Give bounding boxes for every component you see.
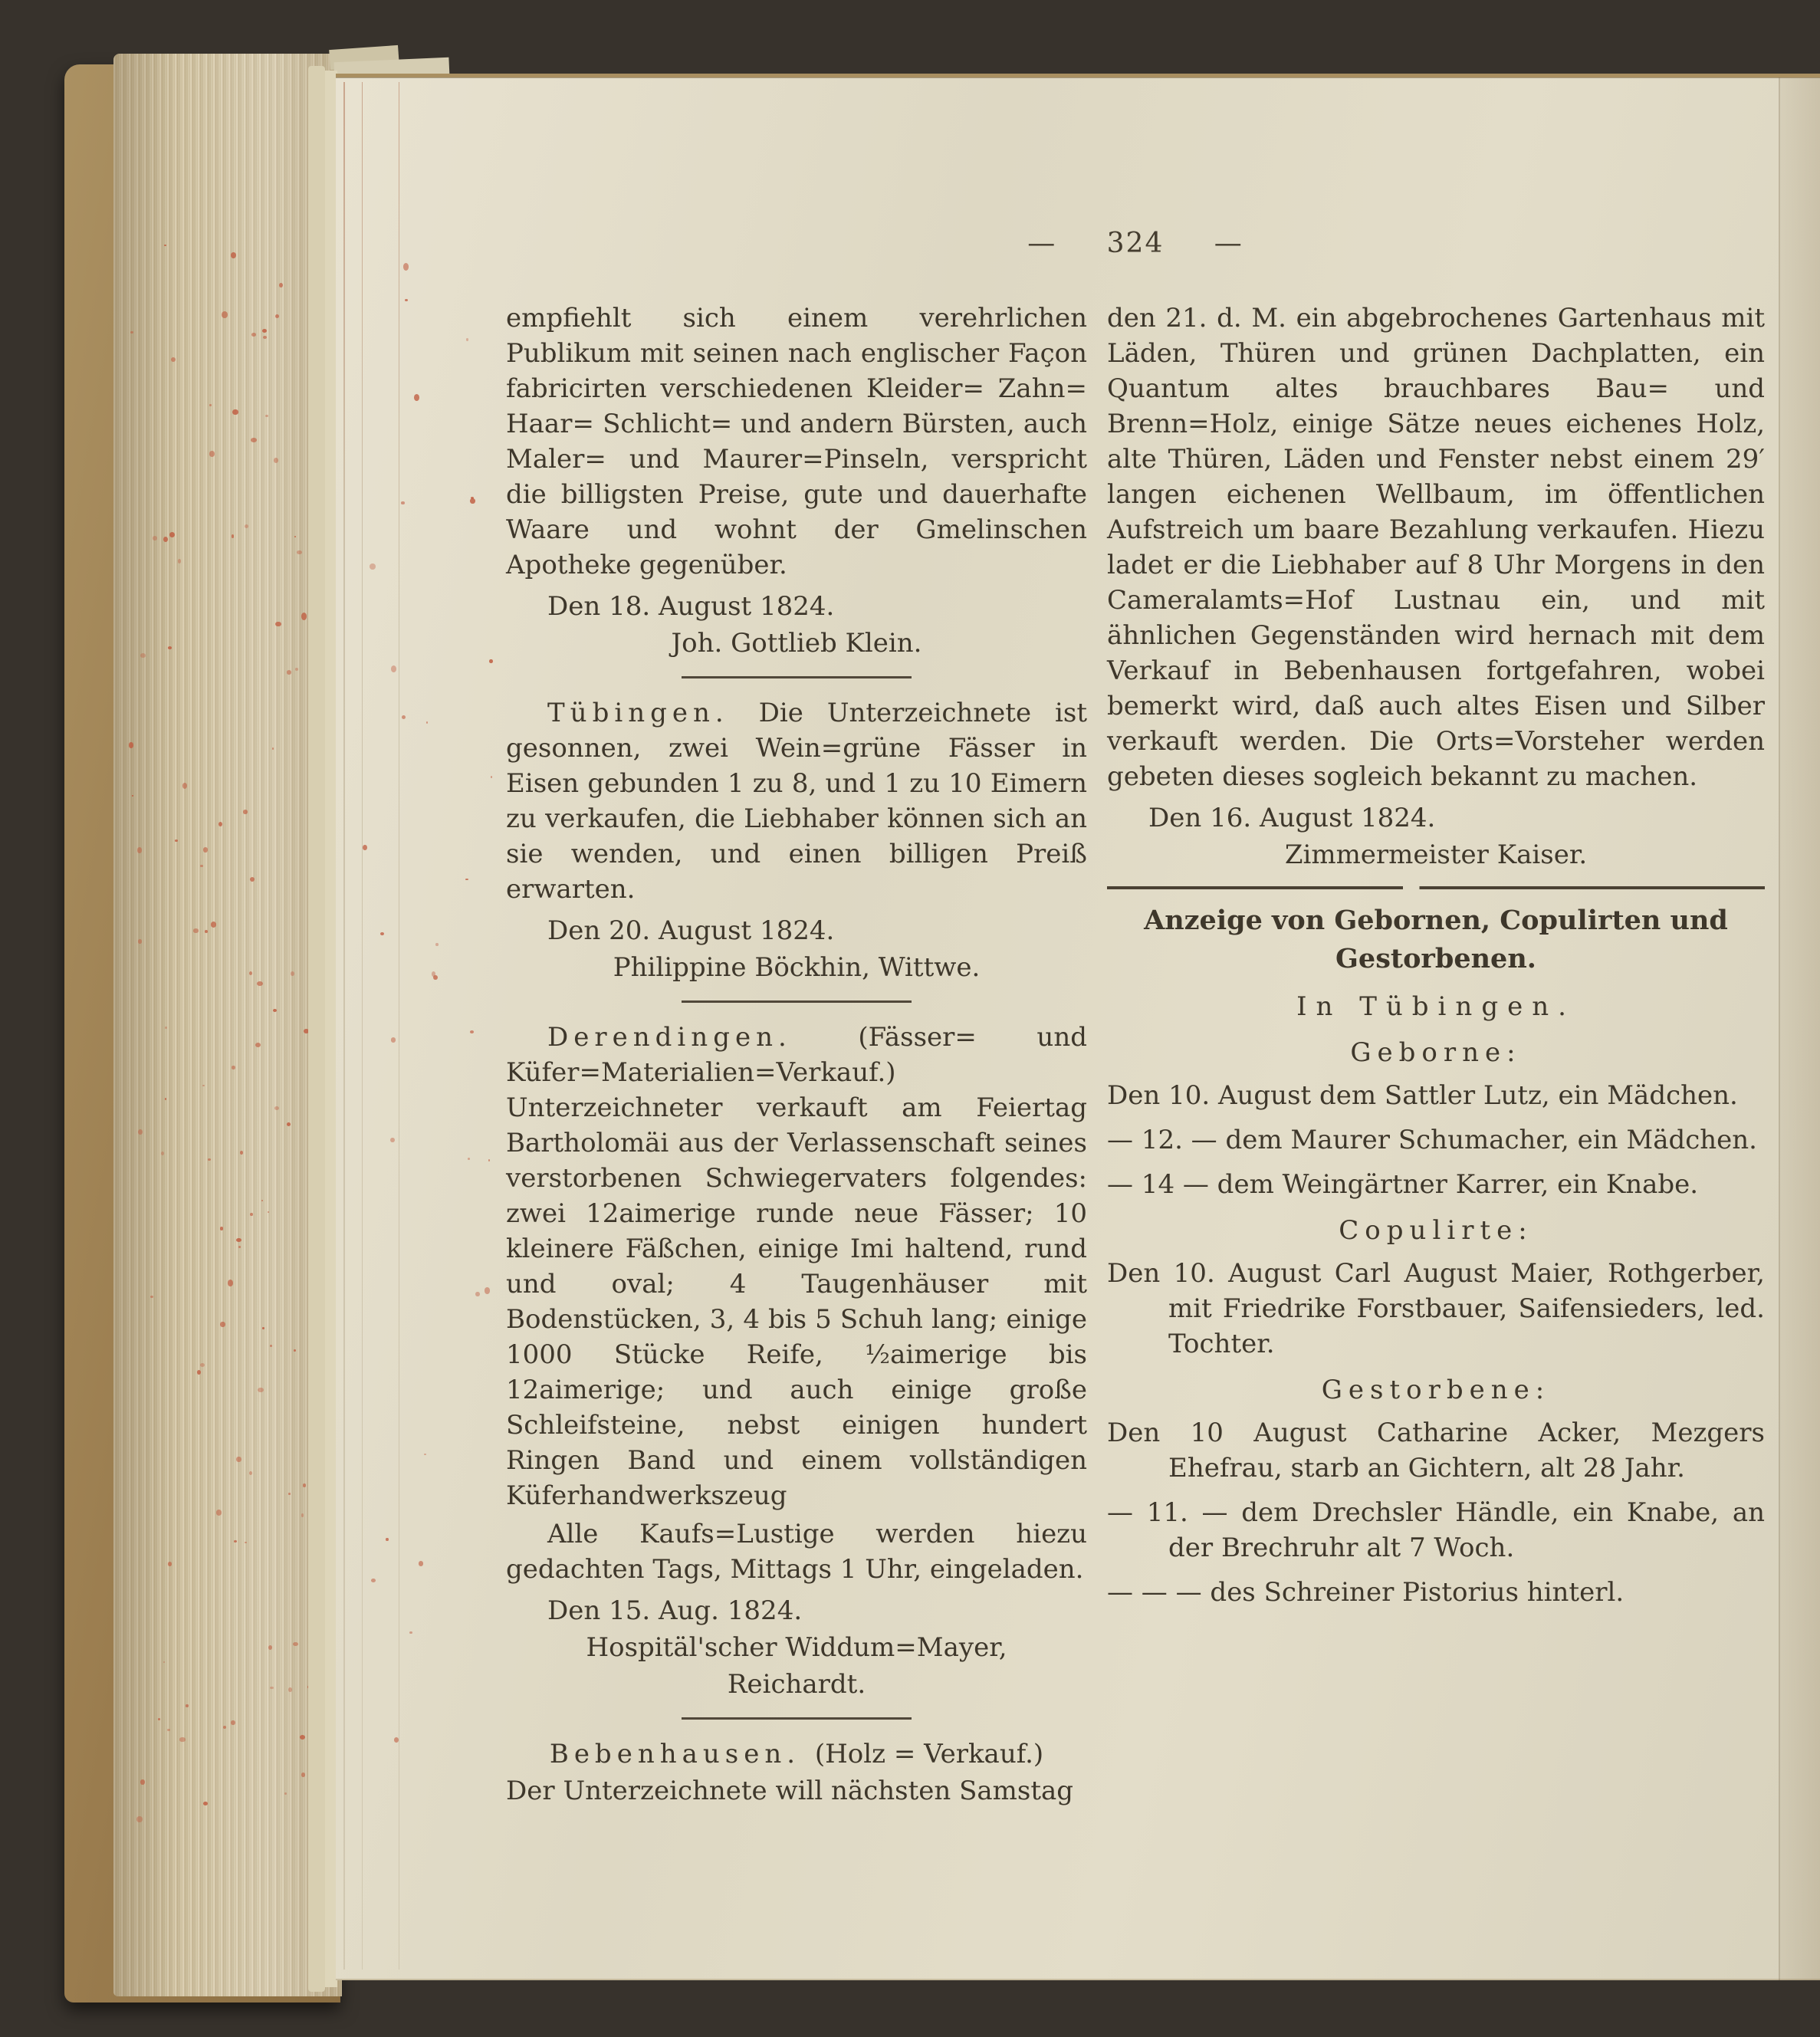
register-entry: Den 10. August Carl August Maier, Rothge… xyxy=(1107,1256,1765,1362)
page-edge-line xyxy=(343,82,345,1970)
red-speckle xyxy=(390,1138,394,1142)
red-speckle xyxy=(295,668,299,671)
red-speckle xyxy=(363,845,367,850)
red-speckle xyxy=(250,1213,252,1216)
red-speckle xyxy=(297,550,302,554)
red-speckle xyxy=(303,1483,307,1487)
red-speckle xyxy=(468,1158,470,1160)
red-speckle xyxy=(288,1687,291,1692)
centered-line: Zimmermeister Kaiser. xyxy=(1107,837,1765,872)
red-speckle xyxy=(200,1363,205,1367)
red-speckle xyxy=(208,1158,211,1161)
red-speckle xyxy=(245,524,248,528)
red-speckle xyxy=(211,922,216,928)
red-speckle xyxy=(167,1729,170,1731)
place-name-lead: Derendingen. xyxy=(547,1022,792,1053)
red-speckle xyxy=(465,879,468,881)
red-speckle xyxy=(475,1292,480,1296)
red-speckle xyxy=(433,975,438,980)
centered-line: Philippine Böckhin, Wittwe. xyxy=(506,950,1087,985)
page-number: — 324 — xyxy=(506,228,1765,259)
red-speckle xyxy=(287,670,292,675)
red-speckle xyxy=(169,532,175,537)
red-speckle xyxy=(405,299,408,301)
subsection-heading: Gestorbene: xyxy=(1107,1372,1765,1408)
red-speckle xyxy=(238,1246,241,1247)
date-line: Den 16. August 1824. xyxy=(1107,800,1765,836)
red-speckle xyxy=(178,559,182,563)
red-speckle xyxy=(409,1631,412,1635)
red-speckle xyxy=(301,1513,304,1516)
two-column-layout: empfiehlt sich einem verehrlichen Publik… xyxy=(506,301,1765,1812)
red-speckle xyxy=(209,404,211,406)
red-speckle xyxy=(140,1779,145,1784)
register-entry: — 14 — dem Weingärtner Karrer, ein Knabe… xyxy=(1107,1167,1765,1202)
red-speckle xyxy=(380,932,384,935)
centered-line: Joh. Gottlieb Klein. xyxy=(506,626,1087,661)
red-speckle xyxy=(471,497,474,499)
red-speckle xyxy=(279,283,283,287)
red-speckle xyxy=(265,415,268,417)
red-speckle xyxy=(179,1737,185,1741)
register-entry: Den 10. August dem Sattler Lutz, ein Mäd… xyxy=(1107,1078,1765,1113)
red-speckle xyxy=(275,622,281,627)
subsection-heading: Copulirte: xyxy=(1107,1213,1765,1248)
text-paragraph: Derendingen. (Fässer= und Küfer=Material… xyxy=(506,1020,1087,1513)
red-speckle xyxy=(435,943,438,946)
red-speckle xyxy=(371,1579,376,1582)
section-rule-long xyxy=(1107,886,1765,889)
red-speckle xyxy=(232,409,238,415)
red-speckle xyxy=(203,1802,208,1805)
red-speckle xyxy=(153,536,157,540)
red-speckle xyxy=(414,394,419,401)
red-speckle xyxy=(216,1510,222,1515)
book-page: — 324 — empfiehlt sich einem verehrliche… xyxy=(336,74,1820,1980)
red-speckle xyxy=(209,451,215,456)
red-speckle xyxy=(158,1718,160,1720)
red-speckle xyxy=(193,928,199,933)
red-speckle xyxy=(222,311,228,318)
page-right-edge-shadow xyxy=(1780,77,1820,1980)
red-speckle xyxy=(470,498,475,504)
red-speckle xyxy=(186,1704,189,1707)
red-speckle xyxy=(300,1735,305,1740)
red-speckle xyxy=(203,847,208,852)
red-speckle xyxy=(275,314,279,318)
page-edge-line xyxy=(362,82,363,1970)
red-speckle xyxy=(175,839,178,842)
text-paragraph: Der Unterzeichnete will nächsten Samstag xyxy=(506,1773,1087,1809)
subsection-heading: Geborne: xyxy=(1107,1035,1765,1070)
red-speckle xyxy=(228,1280,233,1286)
red-speckle xyxy=(391,1037,396,1042)
text-paragraph: den 21. d. M. ein abgebrochenes Gartenha… xyxy=(1107,301,1765,794)
place-name-lead: Bebenhausen. xyxy=(550,1739,800,1769)
right-column: den 21. d. M. ein abgebrochenes Gartenha… xyxy=(1107,301,1765,1812)
red-speckle xyxy=(258,1388,264,1393)
red-speckle xyxy=(370,563,375,569)
red-speckle xyxy=(394,1737,399,1743)
red-speckle xyxy=(136,1816,142,1822)
red-speckle xyxy=(164,245,166,246)
red-speckle xyxy=(301,613,307,620)
red-speckle xyxy=(138,939,141,943)
centered-line: Reichardt. xyxy=(506,1667,1087,1702)
under-page-edge xyxy=(308,66,325,1992)
section-rule xyxy=(682,676,912,678)
centered-line: Bebenhausen. (Holz = Verkauf.) xyxy=(506,1736,1087,1772)
text-paragraph: Tübingen. Die Unterzeichnete ist gesonne… xyxy=(506,695,1087,907)
red-speckle xyxy=(262,329,267,333)
red-speckle xyxy=(491,776,492,778)
red-speckle xyxy=(301,1773,305,1776)
subsection-heading: In Tübingen. xyxy=(1107,989,1765,1024)
red-speckle xyxy=(489,659,492,663)
place-name-lead: Tübingen. xyxy=(547,698,729,728)
red-speckle xyxy=(426,721,428,724)
red-speckle xyxy=(231,1720,235,1725)
red-speckle xyxy=(232,1066,235,1069)
red-speckle xyxy=(234,1540,237,1543)
red-speckle xyxy=(240,1151,243,1155)
printed-text-area: — 324 — empfiehlt sich einem verehrliche… xyxy=(506,206,1765,1812)
red-speckle xyxy=(129,742,133,747)
red-speckle xyxy=(243,810,248,814)
red-speckle xyxy=(165,1098,166,1100)
red-speckle xyxy=(401,501,405,504)
red-speckle xyxy=(251,438,257,442)
red-speckle xyxy=(255,1043,261,1047)
red-speckle xyxy=(249,1471,252,1475)
red-speckle xyxy=(466,338,468,341)
centered-line: Hospitäl'scher Widdum=Mayer, xyxy=(506,1630,1087,1665)
red-speckle xyxy=(270,1345,272,1347)
date-line: Den 20. August 1824. xyxy=(506,913,1087,948)
red-speckle xyxy=(402,715,406,719)
date-line: Den 18. August 1824. xyxy=(506,589,1087,624)
red-speckle xyxy=(161,1152,164,1155)
red-speckle xyxy=(150,1296,153,1298)
red-speckle xyxy=(288,1493,291,1494)
red-speckle xyxy=(386,1538,388,1541)
register-entry: — 12. — dem Maurer Schumacher, ein Mädch… xyxy=(1107,1122,1765,1158)
red-speckle xyxy=(263,336,267,339)
red-speckle xyxy=(220,1322,225,1326)
section-rule xyxy=(682,1717,912,1720)
red-speckle xyxy=(424,1454,426,1455)
register-entry: Den 10 August Catharine Acker, Mezgers E… xyxy=(1107,1415,1765,1486)
date-line: Den 15. Aug. 1824. xyxy=(506,1593,1087,1628)
register-entry: — — — des Schreiner Pistorius hinterl. xyxy=(1107,1575,1765,1610)
red-speckle xyxy=(470,1030,474,1033)
left-column: empfiehlt sich einem verehrlichen Publik… xyxy=(506,301,1087,1812)
scan-background: { "page_header": { "number_display": "— … xyxy=(0,0,1820,2037)
red-speckle xyxy=(485,1287,491,1294)
red-speckle xyxy=(261,1200,264,1201)
red-speckle xyxy=(284,1792,287,1794)
red-speckle xyxy=(391,665,396,672)
text-paragraph: Alle Kaufs=Lustige werden hiezu gedachte… xyxy=(506,1516,1087,1587)
red-speckle xyxy=(245,1542,246,1543)
text-paragraph: empfiehlt sich einem verehrlichen Publik… xyxy=(506,301,1087,583)
section-rule xyxy=(682,1000,912,1003)
red-speckle xyxy=(419,1561,423,1566)
red-speckle xyxy=(251,333,257,337)
red-speckle xyxy=(403,263,409,270)
red-speckle xyxy=(130,331,133,333)
red-speckle xyxy=(488,1159,491,1161)
red-speckle xyxy=(250,877,255,882)
register-entry: — 11. — dem Drechsler Händle, ein Knabe,… xyxy=(1107,1495,1765,1566)
section-header: Anzeige von Gebornen, Copulirten und Ges… xyxy=(1107,902,1765,978)
page-edge-line xyxy=(399,82,399,1970)
